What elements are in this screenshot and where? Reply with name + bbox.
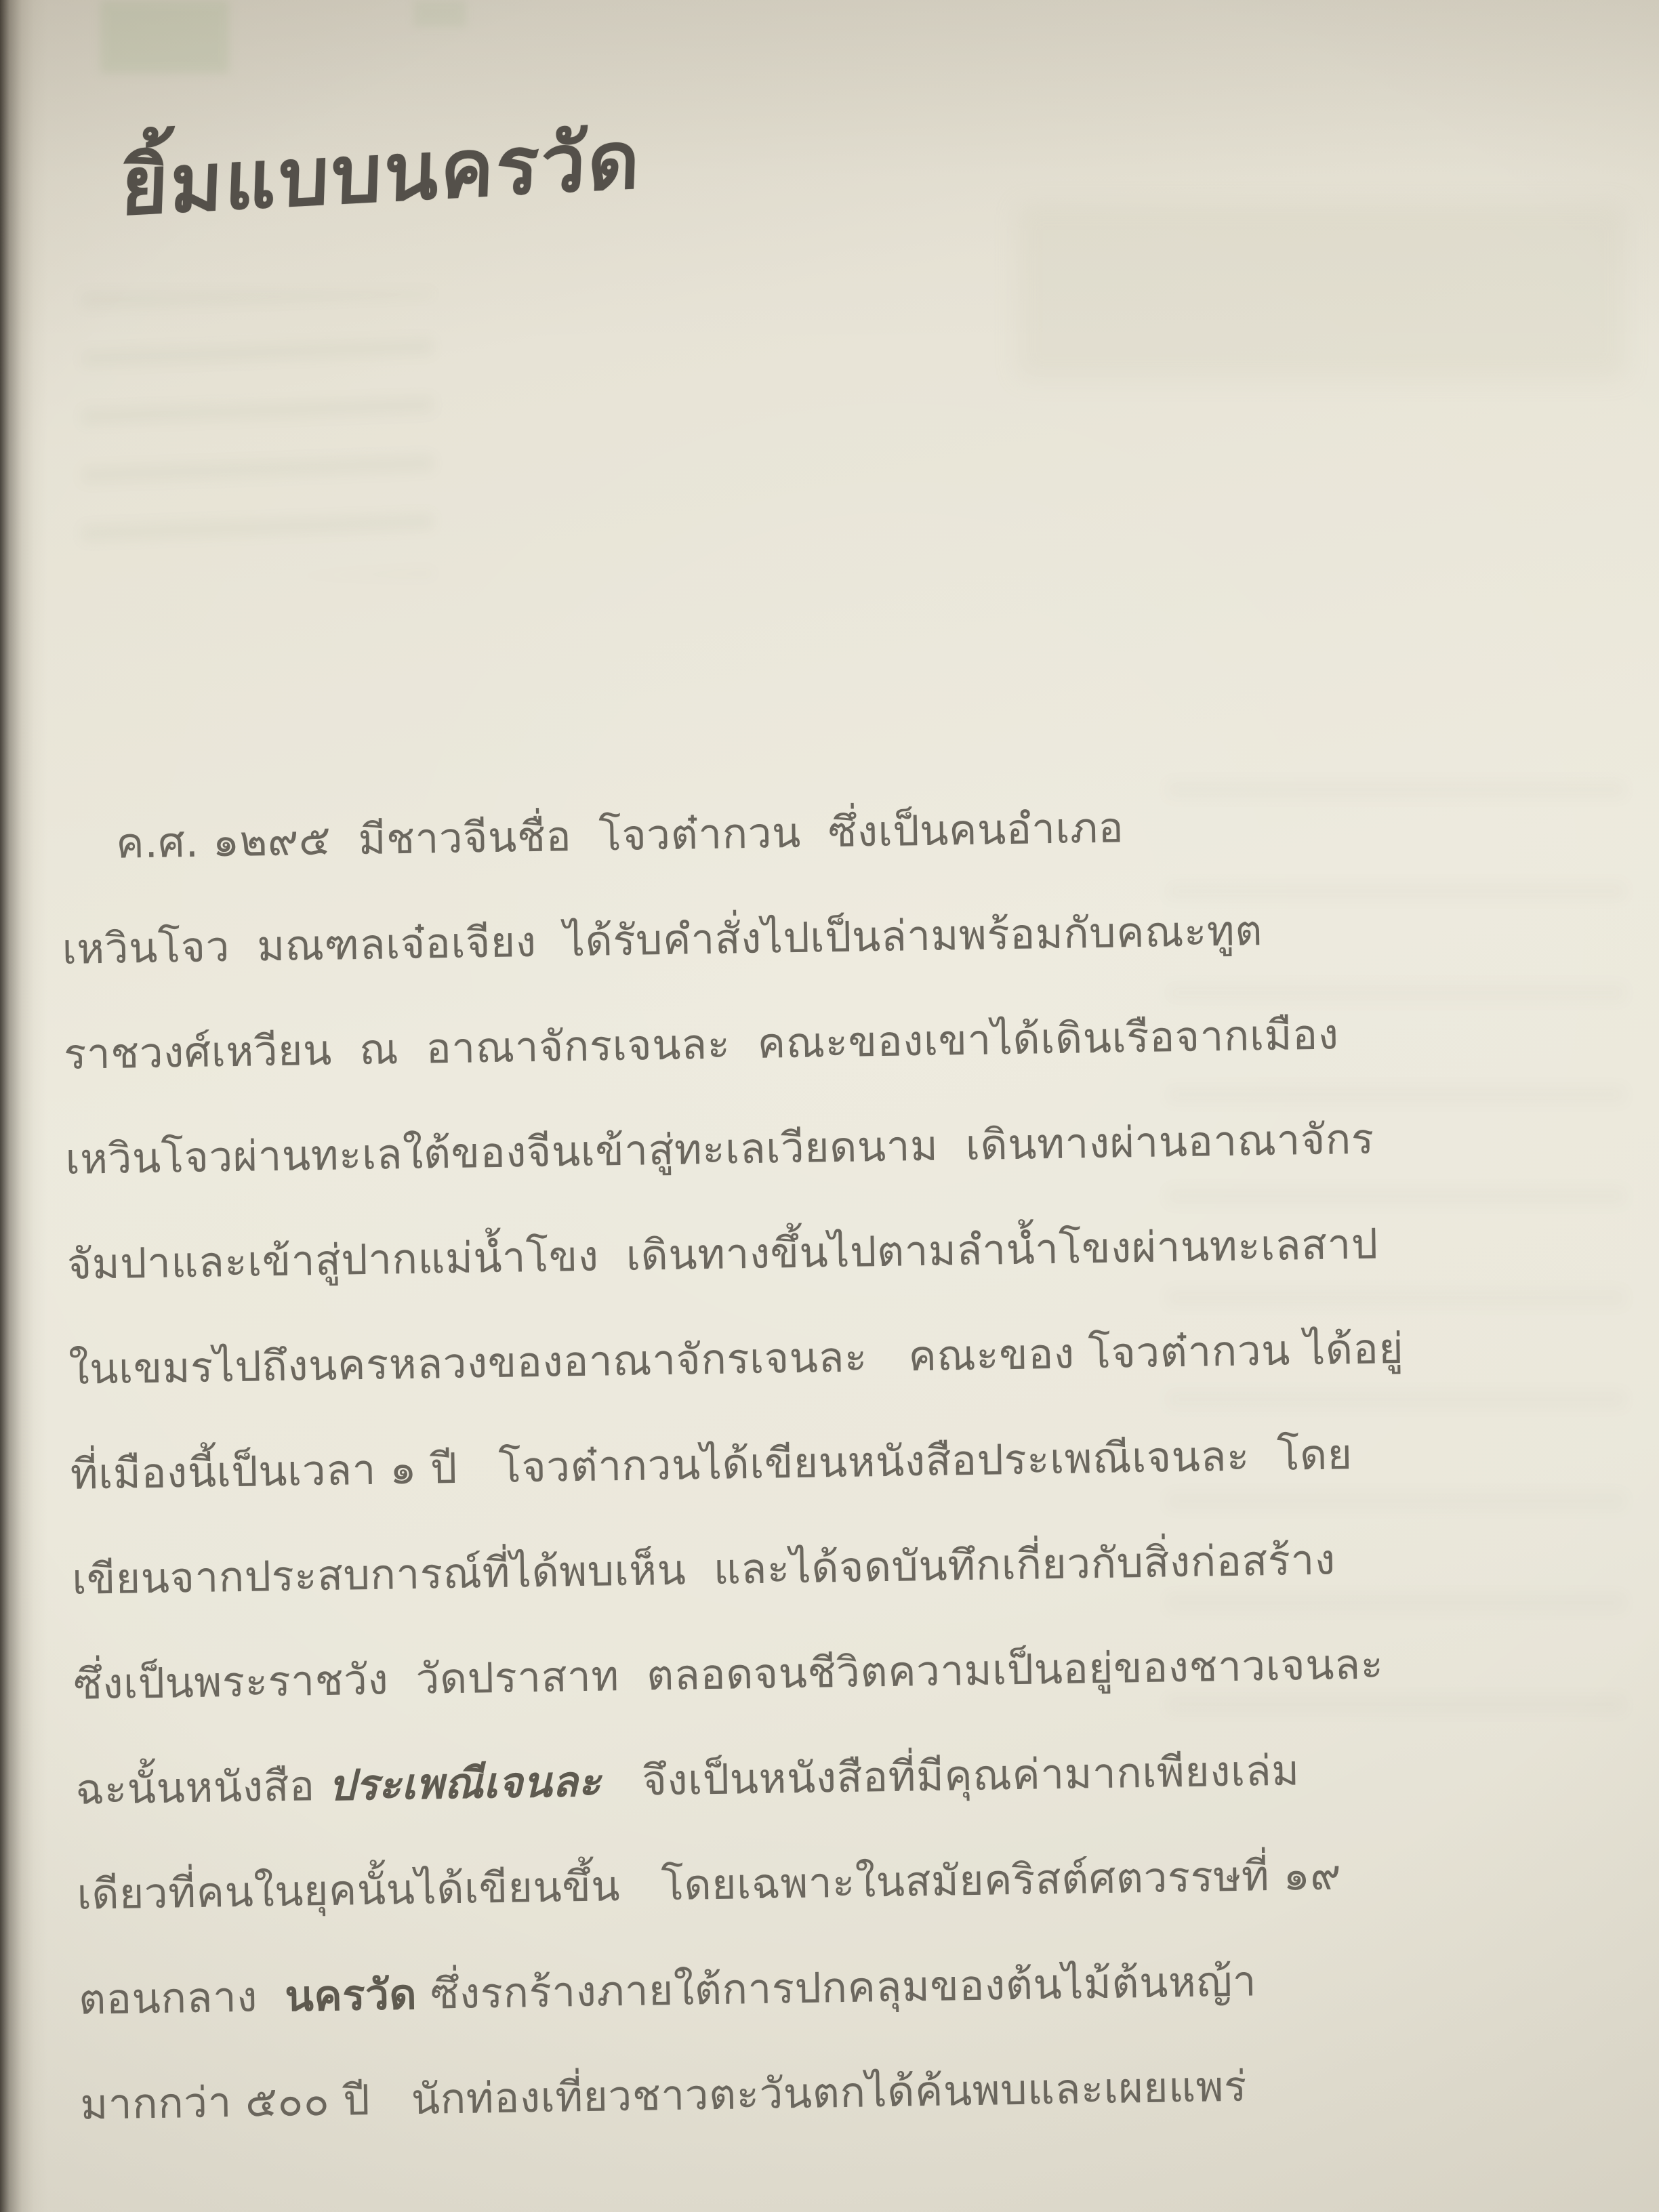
line10-pre: ฉะนั้นหนังสือ — [75, 1761, 329, 1814]
line10-post: จึงเป็นหนังสือที่มีคุณค่ามากเพียงเล่ม — [600, 1745, 1300, 1805]
lighting-highlight — [1017, 203, 1626, 380]
line12-post: ซึ่งรกร้างภายใต้การปกคลุมของต้นไม้ต้นหญ้… — [417, 1956, 1257, 2018]
place-name-emphasis: นครวัด — [285, 1969, 417, 2021]
showthrough-text-ghost — [81, 291, 434, 576]
book-page-photo: ยิ้มแบบนครวัด ค.ศ. ๑๒๙๕ มีชาวจีนชื่อ โจว… — [0, 0, 1659, 2212]
book-title-emphasis: ประเพณีเจนละ — [328, 1757, 601, 1810]
chapter-title: ยิ้มแบบนครวัด — [119, 106, 643, 241]
chapter-title-text: ยิ้มแบบนครวัด — [120, 112, 643, 234]
showthrough-patch — [413, 0, 466, 27]
body-paragraph: ค.ศ. ๑๒๙๕ มีชาวจีนชื่อ โจวต๋ากวน ซึ่งเป็… — [60, 766, 1659, 2156]
line12-pre: ตอนกลาง — [78, 1971, 285, 2024]
showthrough-patch — [100, 0, 229, 73]
page-gutter-shadow — [0, 0, 47, 2212]
